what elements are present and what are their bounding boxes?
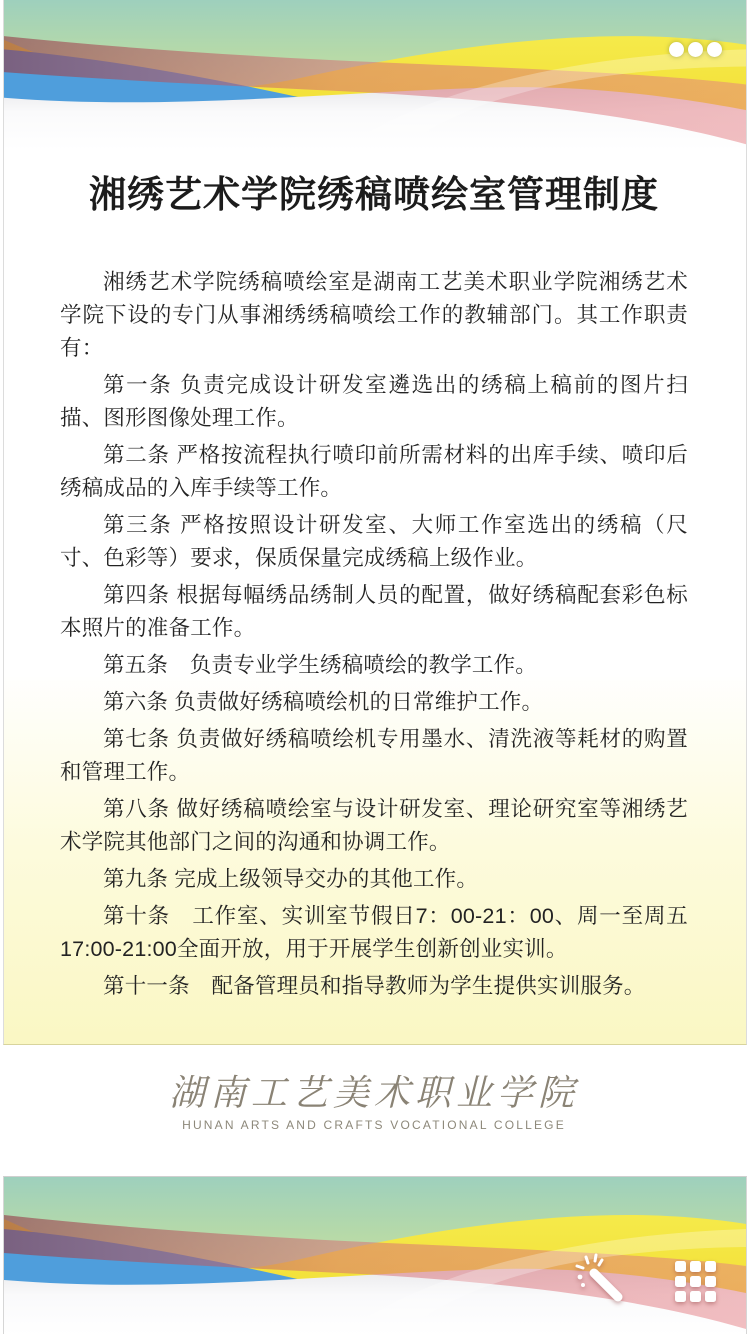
footer-wave-art <box>4 1177 746 1334</box>
header-wave-art <box>4 0 746 150</box>
body-paragraph: 第七条 负责做好绣稿喷绘机专用墨水、清洗液等耗材的购置和管理工作。 <box>60 723 688 789</box>
magic-wand-icon <box>574 1253 624 1303</box>
body-paragraph: 第十条 工作室、实训室节假日7：00-21：00、周一至周五17:00-21:0… <box>60 900 688 966</box>
body-paragraph: 第一条 负责完成设计研发室遴选出的绣稿上稿前的图片扫描、图形图像处理工作。 <box>60 369 688 435</box>
body-paragraph: 第五条 负责专业学生绣稿喷绘的教学工作。 <box>60 649 688 682</box>
body-paragraph: 湘绣艺术学院绣稿喷绘室是湖南工艺美术职业学院湘绣艺术学院下设的专门从事湘绣绣稿喷… <box>60 266 688 365</box>
body-paragraph: 第六条 负责做好绣稿喷绘机的日常维护工作。 <box>60 686 688 719</box>
dot-icon <box>707 42 722 57</box>
footer-banner <box>3 1176 747 1334</box>
body-paragraph: 第九条 完成上级领导交办的其他工作。 <box>60 863 688 896</box>
dot-icon <box>669 42 684 57</box>
header-banner <box>4 0 746 150</box>
body-paragraph: 第八条 做好绣稿喷绘室与设计研发室、理论研究室等湘绣艺术学院其他部门之间的沟通和… <box>60 793 688 859</box>
page: 湘绣艺术学院绣稿喷绘室管理制度 湘绣艺术学院绣稿喷绘室是湖南工艺美术职业学院湘绣… <box>0 0 750 1334</box>
body-paragraph: 第四条 根据每幅绣品绣制人员的配置，做好绣稿配套彩色标本照片的准备工作。 <box>60 579 688 645</box>
ellipsis-dots-icon <box>669 42 722 57</box>
body-paragraph: 第三条 严格按照设计研发室、大师工作室选出的绣稿（尺寸、色彩等）要求，保质保量完… <box>60 509 688 575</box>
body-paragraph: 第十一条 配备管理员和指导教师为学生提供实训服务。 <box>60 970 688 1003</box>
dot-icon <box>688 42 703 57</box>
page-title: 湘绣艺术学院绣稿喷绘室管理制度 <box>60 172 688 218</box>
document-body: 湘绣艺术学院绣稿喷绘室是湖南工艺美术职业学院湘绣艺术学院下设的专门从事湘绣绣稿喷… <box>60 266 688 1003</box>
app-grid-icon <box>675 1261 717 1303</box>
body-paragraph: 第二条 严格按流程执行喷印前所需材料的出库手续、喷印后绣稿成品的入库手续等工作。 <box>60 439 688 505</box>
document-content: 湘绣艺术学院绣稿喷绘室管理制度 湘绣艺术学院绣稿喷绘室是湖南工艺美术职业学院湘绣… <box>4 150 746 1044</box>
document-card: 湘绣艺术学院绣稿喷绘室管理制度 湘绣艺术学院绣稿喷绘室是湖南工艺美术职业学院湘绣… <box>3 0 747 1045</box>
